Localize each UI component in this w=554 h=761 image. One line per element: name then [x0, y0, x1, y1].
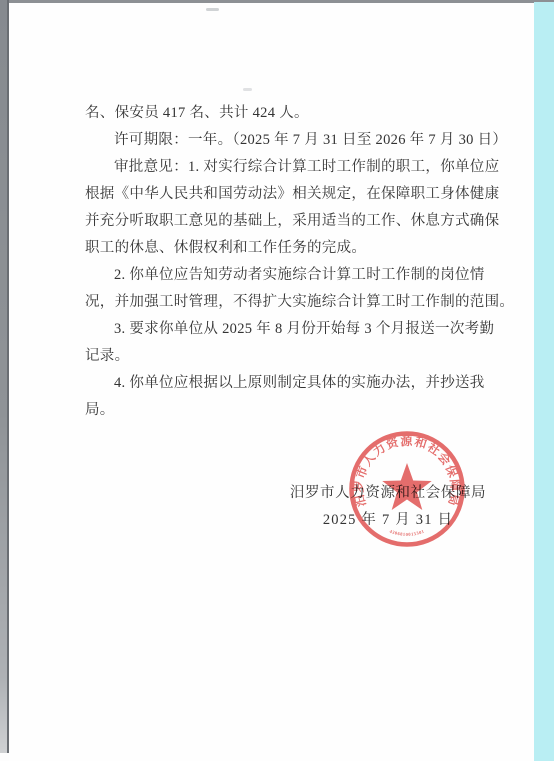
document-line: 况，并加强工时管理，不得扩大实施综合计算工时工作制的范围。	[85, 289, 485, 316]
scan-edge-right	[534, 2, 554, 761]
document-line: 4. 你单位应根据以上原则制定具体的实施办法，并抄送我	[85, 370, 485, 397]
document-line: 名、保安员 417 名、共计 424 人。	[85, 100, 485, 127]
document-line: 根据《中华人民共和国劳动法》相关规定，在保障职工身体健康	[85, 181, 485, 208]
issuer-name: 汨罗市人力资源和社会保障局	[268, 480, 508, 506]
document-line: 3. 要求你单位从 2025 年 8 月份开始每 3 个月报送一次考勤	[85, 316, 485, 343]
document-line: 2. 你单位应告知劳动者实施综合计算工时工作制的岗位情	[85, 262, 485, 289]
issue-date: 2025 年 7 月 31 日	[268, 507, 508, 533]
document-line: 记录。	[85, 343, 485, 370]
document-line: 并充分听取职工意见的基础上，采用适当的工作、休息方式确保	[85, 208, 485, 235]
scan-edge-left	[0, 0, 9, 753]
scanned-page: 名、保安员 417 名、共计 424 人。 许可期限：一年。（2025 年 7 …	[0, 0, 554, 761]
document-line: 许可期限：一年。（2025 年 7 月 31 日至 2026 年 7 月 30 …	[85, 127, 485, 154]
scan-artifact	[206, 8, 219, 11]
document-line: 审批意见：1. 对实行综合计算工时工作制的职工，你单位应	[85, 154, 485, 181]
document-line: 局。	[85, 397, 485, 424]
document-body: 名、保安员 417 名、共计 424 人。 许可期限：一年。（2025 年 7 …	[85, 100, 485, 424]
scan-artifact	[243, 88, 252, 91]
signature-block: 汨罗市人力资源和社会保障局 2025 年 7 月 31 日	[268, 480, 508, 533]
document-line: 职工的休息、休假权利和工作任务的完成。	[85, 235, 485, 262]
scan-edge-top	[0, 0, 554, 3]
